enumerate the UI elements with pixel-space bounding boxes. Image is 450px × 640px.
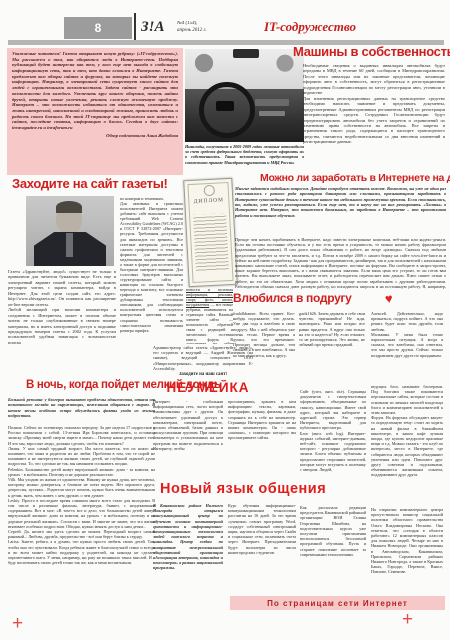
rearview-mirror-icon (233, 49, 259, 58)
zahodite-cta: Заходите на наш сайт! (168, 372, 238, 377)
v-noch-lead: Большой резонанс у блогеров вызывают про… (8, 397, 155, 424)
tree-silhouette (191, 51, 217, 81)
v-noch-posts: Полина. Сейчас по телевизору показали пе… (8, 425, 155, 565)
neumeyka-col3: Сайт (узел, англ. site). Страницы докуме… (300, 389, 366, 477)
newspaper-page: 8 З!А №4 (154), апрель 2012 г. IT-содруж… (0, 0, 450, 640)
diploma-image: ДИПЛОМ (183, 178, 238, 287)
headline-mozhno: Можно ли заработать в Интернете на дому? (260, 172, 450, 184)
section-title: IT-содружество (235, 19, 385, 35)
neumeyka-col2: просматривать, хранить в нем информацию:… (228, 399, 296, 475)
mashiny-body: Необходимые сведения о выданных инвалида… (303, 63, 445, 175)
heart-icon: ♥ (384, 291, 394, 308)
issue-info: №4 (154), апрель 2012 г. (177, 21, 227, 34)
headline-vlyubilsya: Влюбился в подругу (233, 291, 352, 305)
page-number: 8 (64, 17, 132, 39)
diploma-text-lines (193, 213, 229, 273)
zahodite-links-block: новости и полезная информация, реклама, … (186, 288, 233, 344)
novy-col4: На открытии компьютерного центра присутс… (371, 507, 443, 587)
intro-box: Уважаемые читатели! Газета открывает нов… (7, 48, 183, 175)
footer-banner-text: По страницам сети Интернет (267, 599, 408, 608)
header-divider (134, 13, 136, 42)
webmaster-portrait-photo (26, 196, 114, 266)
novy-lead: В Канавинском районе Нижнего Новгорода о… (153, 503, 223, 587)
car-interior-photo (185, 49, 304, 142)
zahodite-col1: Газета «Здравствуйте, люди!» существует … (8, 269, 116, 379)
dash-vent (255, 99, 289, 106)
crop-mark-left-icon: + (12, 613, 23, 635)
portrait-tie (66, 233, 73, 257)
crop-mark-right-icon: + (402, 609, 413, 631)
neumeyka-col1: Интернет - глобальная информационная сет… (153, 399, 223, 475)
mozhno-body: Прежде чем начать зарабатывать в Интерне… (235, 237, 446, 289)
novy-col3: Как рассказала редакции председатель Кан… (300, 505, 366, 587)
site-rubric-note: — вот новые рубрики, появившиеся на стра… (186, 302, 233, 344)
vlyubilsya-col1: fradalldramer. Всем привет. Кто-нибудь п… (233, 311, 295, 389)
mozhno-lead: Многие задаются подобным вопросом. Давай… (235, 186, 446, 236)
vlyubilsya-col3: Алексей. Действительно, надо признаться,… (371, 311, 443, 379)
steering-hub (216, 101, 234, 111)
intro-byline: Обзор подготовила Анна Жадобова (12, 133, 178, 138)
car-photo-caption: Инвалиды, получившие в 2005-2009 годах л… (185, 144, 304, 175)
headline-zahodite: Заходите на сайт газеты! (12, 176, 168, 191)
headline-mashiny: Машины в собственность (293, 44, 450, 59)
vlyubilsya-col2: garik1626. Зачем держать в себе свои чув… (299, 311, 365, 383)
portrait-hair (56, 201, 82, 213)
headline-novy-yazyk: Новый язык общения (160, 481, 326, 497)
footer-banner: По страницам сети Интернет (230, 596, 445, 610)
zahodite-col2: по номерам и тематикам. Для активных и г… (120, 196, 183, 342)
dash-console (259, 111, 285, 116)
newspaper-logo: З!А (141, 19, 164, 36)
novy-col2: Курс обучения информационно-коммуникацио… (228, 503, 296, 587)
intro-text: Уважаемые читатели! Газета открывает нов… (12, 51, 178, 131)
neumeyka-col4: ведущих блог, называют блогерами. Под бл… (371, 384, 443, 502)
headline-neumeyka: НЕУМЕЙКА (158, 380, 258, 395)
